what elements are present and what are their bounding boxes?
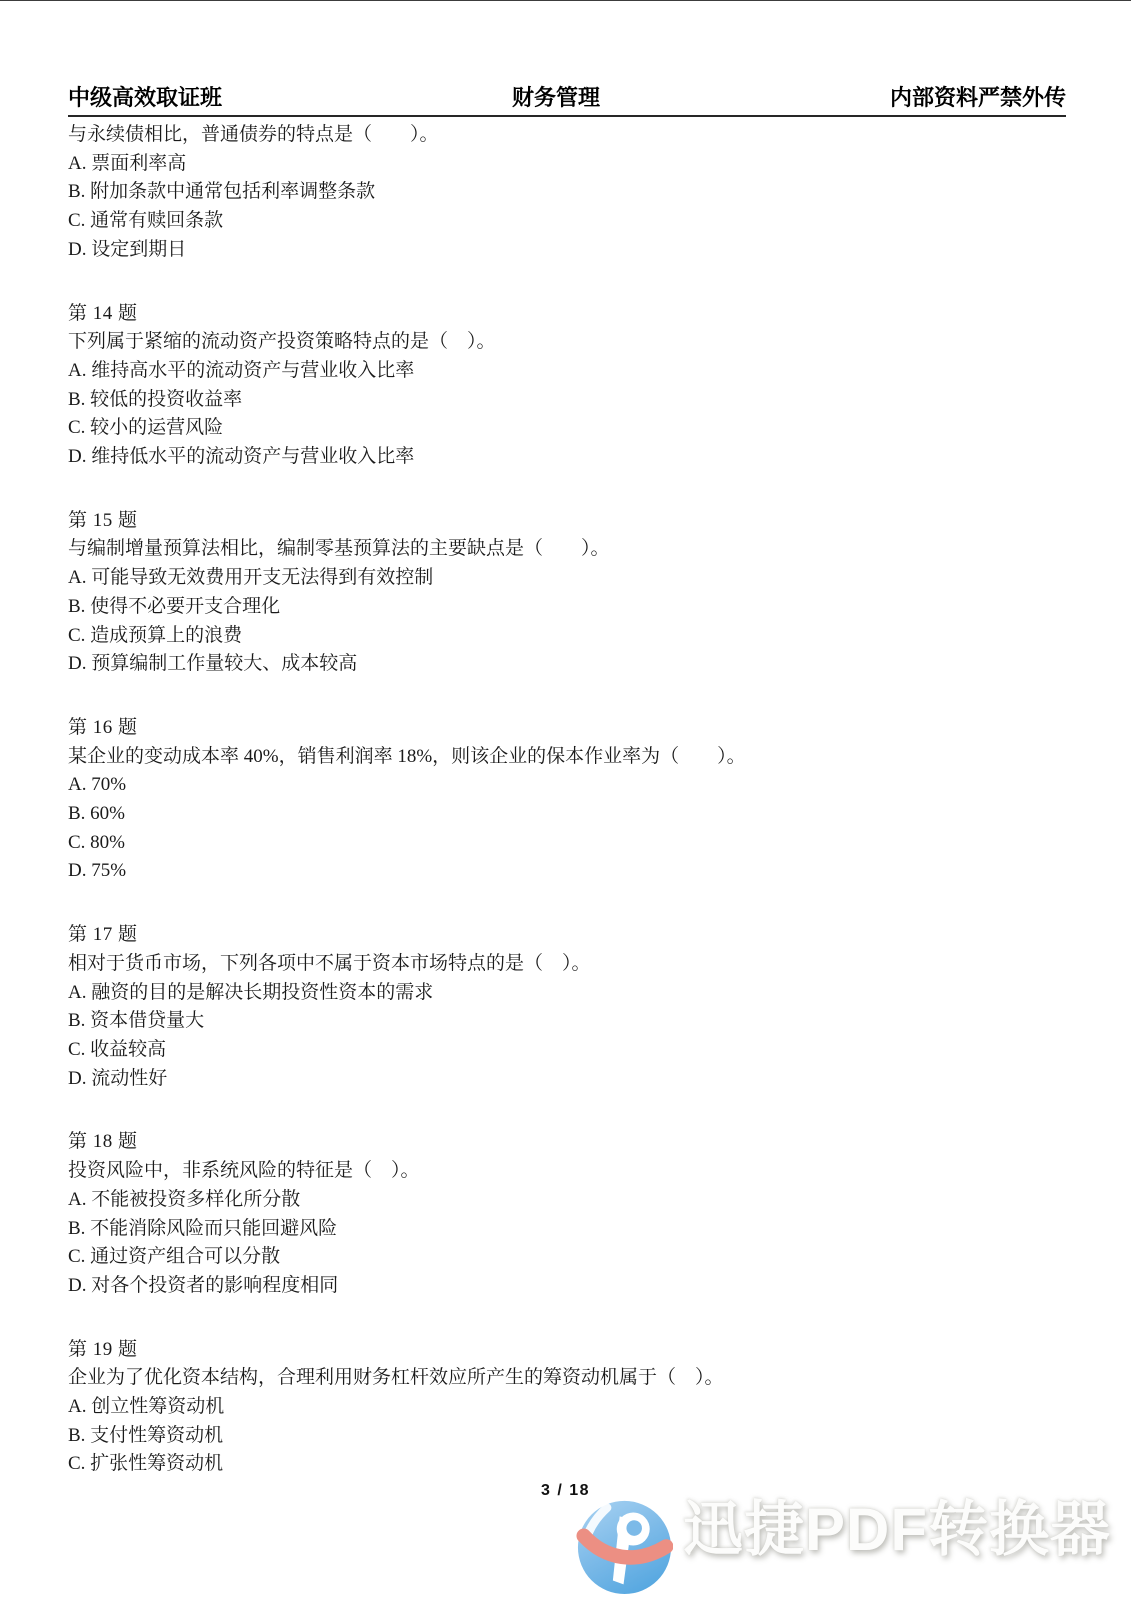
question-option-a: A. 可能导致无效费用开支无法得到有效控制 [68,564,1073,593]
header-divider [68,115,1066,117]
question-stem: 某企业的变动成本率 40%，销售利润率 18%，则该企业的保本作业率为（ ）。 [68,743,1073,772]
question-option-a: A. 创立性筹资动机 [68,1393,1073,1422]
page-indicator: 3 / 18 [0,1482,1131,1500]
document-page: 中级高效取证班 财务管理 内部资料严禁外传 与永续债相比，普通债券的特点是（ ）… [0,0,1131,1600]
question-14: 第 14 题 下列属于紧缩的流动资产投资策略特点的是（ ）。 A. 维持高水平的… [68,300,1073,472]
page-header: 中级高效取证班 财务管理 内部资料严禁外传 [68,85,1066,111]
question-option-d: D. 流动性好 [68,1065,1073,1094]
question-16: 第 16 题 某企业的变动成本率 40%，销售利润率 18%，则该企业的保本作业… [68,714,1073,886]
question-option-b: B. 不能消除风险而只能回避风险 [68,1215,1073,1244]
question-option-b: B. 资本借贷量大 [68,1007,1073,1036]
question-option-a: A. 不能被投资多样化所分散 [68,1186,1073,1215]
question-option-c: C. 收益较高 [68,1036,1073,1065]
question-option-c: C. 通过资产组合可以分散 [68,1243,1073,1272]
question-option-d: D. 设定到期日 [68,236,1073,265]
question-option-c: C. 较小的运营风险 [68,414,1073,443]
question-option-d: D. 75% [68,857,1073,886]
question-option-b: B. 60% [68,800,1073,829]
watermark-text: 迅捷PDF转换器 [683,1497,1111,1563]
question-option-d: D. 对各个投资者的影响程度相同 [68,1272,1073,1301]
question-option-a: A. 70% [68,771,1073,800]
question-stem: 相对于货币市场，下列各项中不属于资本市场特点的是（ ）。 [68,950,1073,979]
question-option-b: B. 附加条款中通常包括利率调整条款 [68,178,1073,207]
question-option-c: C. 造成预算上的浪费 [68,622,1073,651]
question-number: 第 18 题 [68,1128,1073,1157]
question-stem: 企业为了优化资本结构，合理利用财务杠杆效应所产生的筹资动机属于（ ）。 [68,1364,1073,1393]
question-18: 第 18 题 投资风险中，非系统风险的特征是（ ）。 A. 不能被投资多样化所分… [68,1128,1073,1300]
question-number: 第 14 题 [68,300,1073,329]
question-option-a: A. 融资的目的是解决长期投资性资本的需求 [68,979,1073,1008]
question-15: 第 15 题 与编制增量预算法相比，编制零基预算法的主要缺点是（ ）。 A. 可… [68,507,1073,679]
question-option-c: C. 扩张性筹资动机 [68,1450,1073,1479]
question-option-c: C. 80% [68,829,1073,858]
question-option-c: C. 通常有赎回条款 [68,207,1073,236]
question-number: 第 19 题 [68,1336,1073,1365]
question-19: 第 19 题 企业为了优化资本结构，合理利用财务杠杆效应所产生的筹资动机属于（ … [68,1336,1073,1480]
question-stem: 与永续债相比，普通债券的特点是（ ）。 [68,121,1073,150]
pdf-converter-logo-icon [576,1497,673,1596]
question-option-a: A. 票面利率高 [68,150,1073,179]
question-stem: 投资风险中，非系统风险的特征是（ ）。 [68,1157,1073,1186]
question-13-continued: 与永续债相比，普通债券的特点是（ ）。 A. 票面利率高 B. 附加条款中通常包… [68,121,1073,265]
question-option-b: B. 较低的投资收益率 [68,386,1073,415]
question-option-d: D. 预算编制工作量较大、成本较高 [68,650,1073,679]
question-option-b: B. 支付性筹资动机 [68,1422,1073,1451]
question-option-d: D. 维持低水平的流动资产与营业收入比率 [68,443,1073,472]
question-stem: 与编制增量预算法相比，编制零基预算法的主要缺点是（ ）。 [68,535,1073,564]
question-stem: 下列属于紧缩的流动资产投资策略特点的是（ ）。 [68,328,1073,357]
question-number: 第 15 题 [68,507,1073,536]
header-course-label: 中级高效取证班 [68,85,222,111]
questions-content: 与永续债相比，普通债券的特点是（ ）。 A. 票面利率高 B. 附加条款中通常包… [68,121,1073,1479]
question-17: 第 17 题 相对于货币市场，下列各项中不属于资本市场特点的是（ ）。 A. 融… [68,921,1073,1093]
watermark: 迅捷PDF转换器 [576,1497,1111,1596]
question-option-a: A. 维持高水平的流动资产与营业收入比率 [68,357,1073,386]
question-number: 第 16 题 [68,714,1073,743]
header-subject-label: 财务管理 [512,85,600,111]
question-option-b: B. 使得不必要开支合理化 [68,593,1073,622]
header-confidential-label: 内部资料严禁外传 [890,85,1066,111]
question-number: 第 17 题 [68,921,1073,950]
